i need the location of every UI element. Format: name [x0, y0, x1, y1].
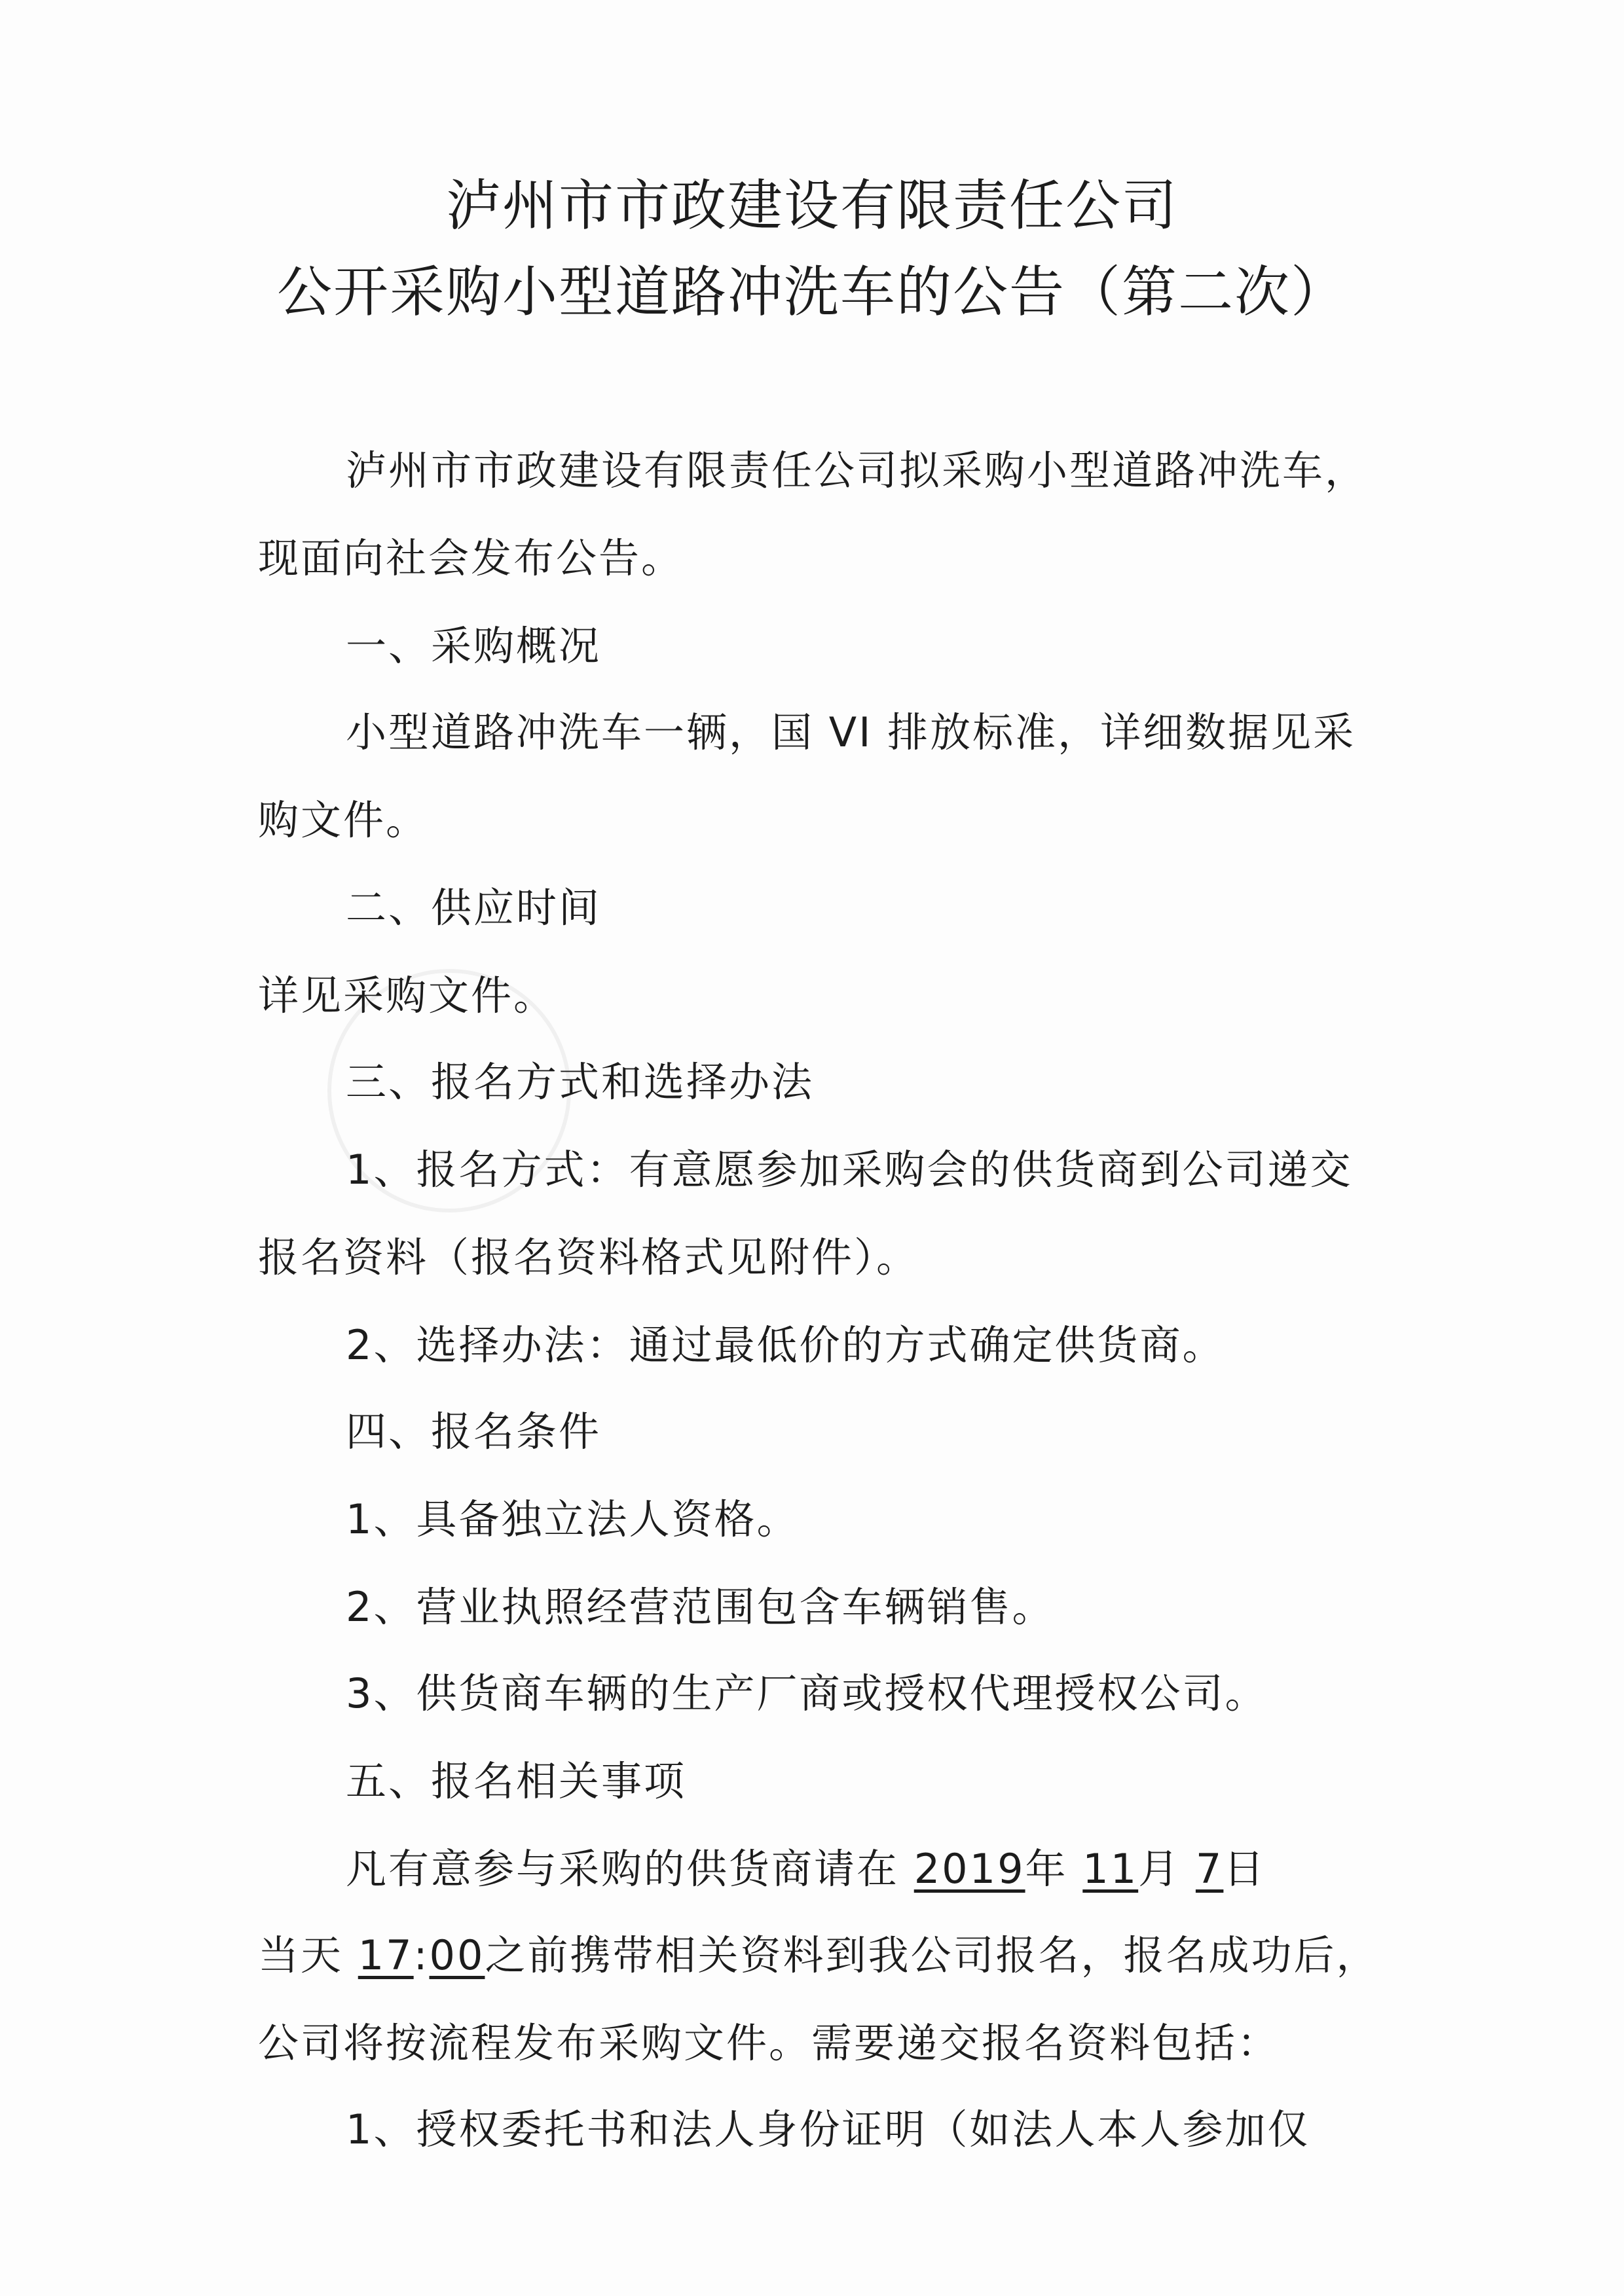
section5-line3: 公司将按流程发布采购文件。需要递交报名资料包括： — [258, 2023, 1280, 2064]
time-suffix: 之前携带相关资料到我公司报名，报名成功后， — [485, 1931, 1378, 1979]
section5-heading: 五、报名相关事项 — [346, 1761, 686, 1802]
section5-item1: 1、授权委托书和法人身份证明（如法人本人参加仅 — [346, 2109, 1310, 2150]
deadline-hour: 17 — [358, 1931, 414, 1979]
deadline-month: 11 — [1082, 1845, 1138, 1893]
time-prefix: 当天 — [258, 1931, 343, 1979]
section1-body-2: 购文件。 — [258, 800, 428, 841]
year-unit: 年 — [1025, 1845, 1068, 1893]
section3-heading: 三、报名方式和选择办法 — [346, 1062, 814, 1102]
section1-body-1: 小型道路冲洗车一辆，国 VI 排放标准，详细数据见采 — [346, 712, 1356, 753]
deadline-date-line: 凡有意参与采购的供货商请在 2019年 11月 7日 — [346, 1849, 1266, 1889]
section4-item-2: 2、营业执照经营范围包含车辆销售。 — [346, 1587, 1054, 1628]
intro-line-2: 现面向社会发布公告。 — [258, 538, 684, 579]
section2-heading: 二、供应时间 — [346, 888, 601, 928]
section3-item2: 2、选择办法：通过最低价的方式确定供货商。 — [346, 1325, 1225, 1366]
section3-item1-line2: 报名资料（报名资料格式见附件）。 — [258, 1237, 919, 1278]
deadline-day: 7 — [1196, 1845, 1223, 1893]
time-colon: : — [414, 1931, 430, 1979]
deadline-year: 2019 — [914, 1845, 1025, 1893]
section4-item-1: 1、具备独立法人资格。 — [346, 1499, 799, 1540]
deadline-prefix: 凡有意参与采购的供货商请在 — [346, 1845, 899, 1893]
title-company: 泸州市市政建设有限责任公司 — [0, 178, 1624, 233]
title-announcement: 公开采购小型道路冲洗车的公告（第二次） — [0, 264, 1624, 319]
section4-item-3: 3、供货商车辆的生产厂商或授权代理授权公司。 — [346, 1673, 1267, 1714]
section4-heading: 四、报名条件 — [346, 1412, 601, 1452]
day-unit: 日 — [1223, 1845, 1266, 1893]
section3-item1-line1: 1、报名方式：有意愿参加采购会的供货商到公司递交 — [346, 1150, 1352, 1190]
document-page: 泸州市市政建设有限责任公司 公开采购小型道路冲洗车的公告（第二次） 泸州市市政建… — [0, 0, 1624, 2296]
section1-heading: 一、采购概况 — [346, 626, 601, 666]
deadline-minute: 00 — [430, 1931, 485, 1979]
deadline-time-line: 当天 17:00之前携带相关资料到我公司报名，报名成功后， — [258, 1935, 1378, 1976]
intro-line-1: 泸州市市政建设有限责任公司拟采购小型道路冲洗车， — [346, 450, 1367, 491]
month-unit: 月 — [1138, 1845, 1181, 1893]
section2-body: 详见采购文件。 — [258, 975, 556, 1016]
